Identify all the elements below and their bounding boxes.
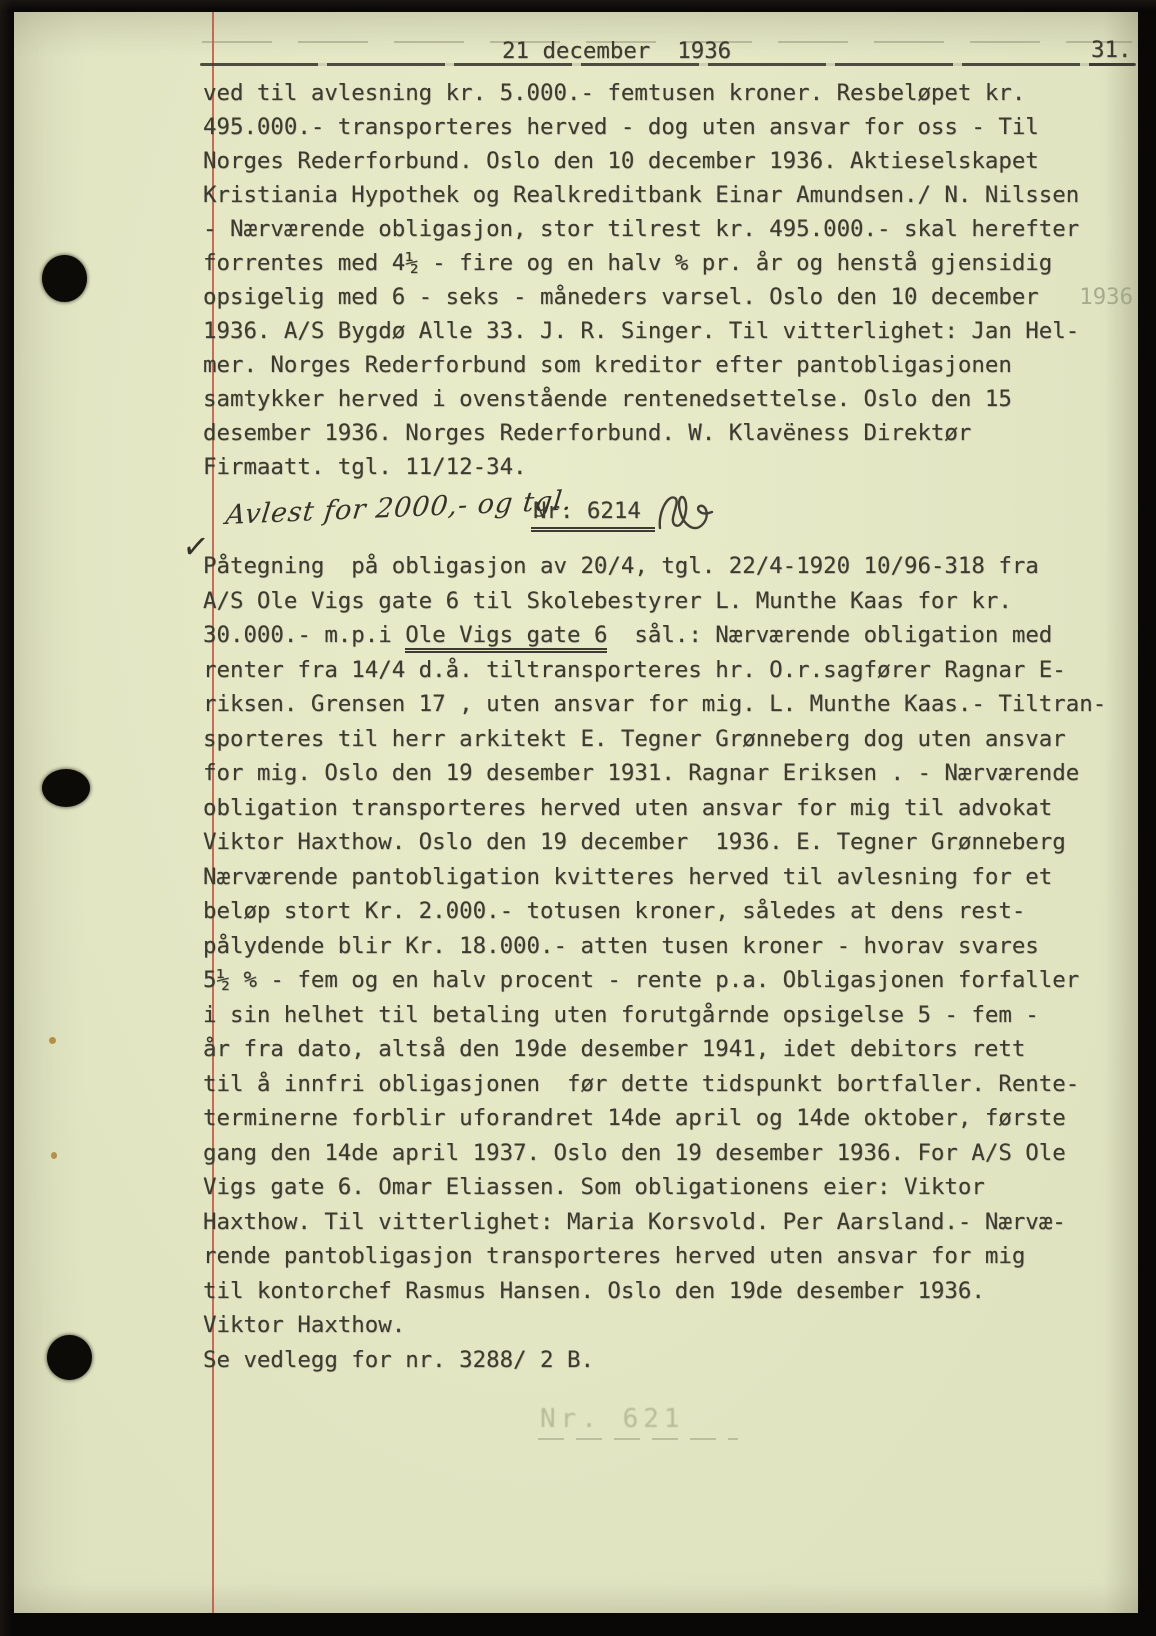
typed-line: 5½ % - fem og en halv procent - rente p.… xyxy=(203,963,1148,998)
typed-line: 30.000.- m.p.i Ole Vigs gate 6 sål.: Nær… xyxy=(203,618,1148,653)
typed-line: Påtegning på obligasjon av 20/4, tgl. 22… xyxy=(203,549,1148,584)
initials-flourish-icon xyxy=(656,486,718,546)
typed-line: 1936. A/S Bygdø Alle 33. J. R. Singer. T… xyxy=(203,314,1148,348)
paper-speck xyxy=(49,1037,56,1044)
ghost-entry-underline xyxy=(538,1438,738,1440)
scanned-register-page: 21 december 1936 31. ved til avlesning k… xyxy=(0,0,1156,1636)
typed-line: Nærværende pantobligation kvitteres herv… xyxy=(203,860,1148,895)
typed-line: Viktor Haxthow. xyxy=(203,1308,1148,1343)
typed-line: 495.000.- transporteres herved - dog ute… xyxy=(203,110,1148,144)
typed-line: rende pantobligasjon transporteres herve… xyxy=(203,1239,1148,1274)
typed-line: pålydende blir Kr. 18.000.- atten tusen … xyxy=(203,929,1148,964)
ghost-entry-number: Nr. 621 xyxy=(540,1404,685,1434)
typed-line: Norges Rederforbund. Oslo den 10 decembe… xyxy=(203,144,1148,178)
typed-line: opsigelig med 6 - seks - måneders varsel… xyxy=(203,280,1148,314)
typed-line: år fra dato, altså den 19de desember 194… xyxy=(203,1032,1148,1067)
typed-line: terminerne forblir uforandret 14de april… xyxy=(203,1101,1148,1136)
typed-line: A/S Ole Vigs gate 6 til Skolebestyrer L.… xyxy=(203,584,1148,619)
paper-speck xyxy=(51,1152,57,1159)
typed-block-top: ved til avlesning kr. 5.000.- femtusen k… xyxy=(203,76,1148,484)
typed-line: sporteres til herr arkitekt E. Tegner Gr… xyxy=(203,722,1148,757)
header-rule xyxy=(200,63,1136,66)
typed-line: gang den 14de april 1937. Oslo den 19 de… xyxy=(203,1136,1148,1171)
typed-line: for mig. Oslo den 19 desember 1931. Ragn… xyxy=(203,756,1148,791)
typed-line: Vigs gate 6. Omar Eliassen. Som obligati… xyxy=(203,1170,1148,1205)
typed-line: til kontorchef Rasmus Hansen. Oslo den 1… xyxy=(203,1274,1148,1309)
typed-line: Se vedlegg for nr. 3288/ 2 B. xyxy=(203,1343,1148,1378)
header-date: 21 december 1936 xyxy=(502,40,731,62)
typed-line: Firmaatt. tgl. 11/12-34. xyxy=(203,450,1148,484)
entry-number: Nr. 6214 xyxy=(531,499,655,532)
typed-line: til å innfri obligasjonen før dette tids… xyxy=(203,1067,1148,1102)
typed-line: Kristiania Hypothek og Realkreditbank Ei… xyxy=(203,178,1148,212)
typed-line: riksen. Grensen 17 , uten ansvar for mig… xyxy=(203,687,1148,722)
typed-line: mer. Norges Rederforbund som kreditor ef… xyxy=(203,348,1148,382)
typed-line: Haxthow. Til vitterlighet: Maria Korsvol… xyxy=(203,1205,1148,1240)
typed-line: Viktor Haxthow. Oslo den 19 december 193… xyxy=(203,825,1148,860)
typed-line: ved til avlesning kr. 5.000.- femtusen k… xyxy=(203,76,1148,110)
punch-hole xyxy=(42,255,87,302)
typed-line: desember 1936. Norges Rederforbund. W. K… xyxy=(203,416,1148,450)
typed-line: i sin helhet til betaling uten forutgårn… xyxy=(203,998,1148,1033)
punch-hole xyxy=(47,1335,92,1380)
typed-line: obligation transporteres herved uten ans… xyxy=(203,791,1148,826)
punch-hole xyxy=(42,769,90,807)
typed-line: renter fra 14/4 d.å. tiltransporteres hr… xyxy=(203,653,1148,688)
typed-block-bottom: Påtegning på obligasjon av 20/4, tgl. 22… xyxy=(203,549,1148,1377)
typed-line: forrentes med 4½ - fire og en halv % pr.… xyxy=(203,246,1148,280)
typed-line: beløp stort Kr. 2.000.- totusen kroner, … xyxy=(203,894,1148,929)
typed-line: samtykker herved i ovenstående renteneds… xyxy=(203,382,1148,416)
typed-line: - Nærværende obligasjon, stor tilrest kr… xyxy=(203,212,1148,246)
